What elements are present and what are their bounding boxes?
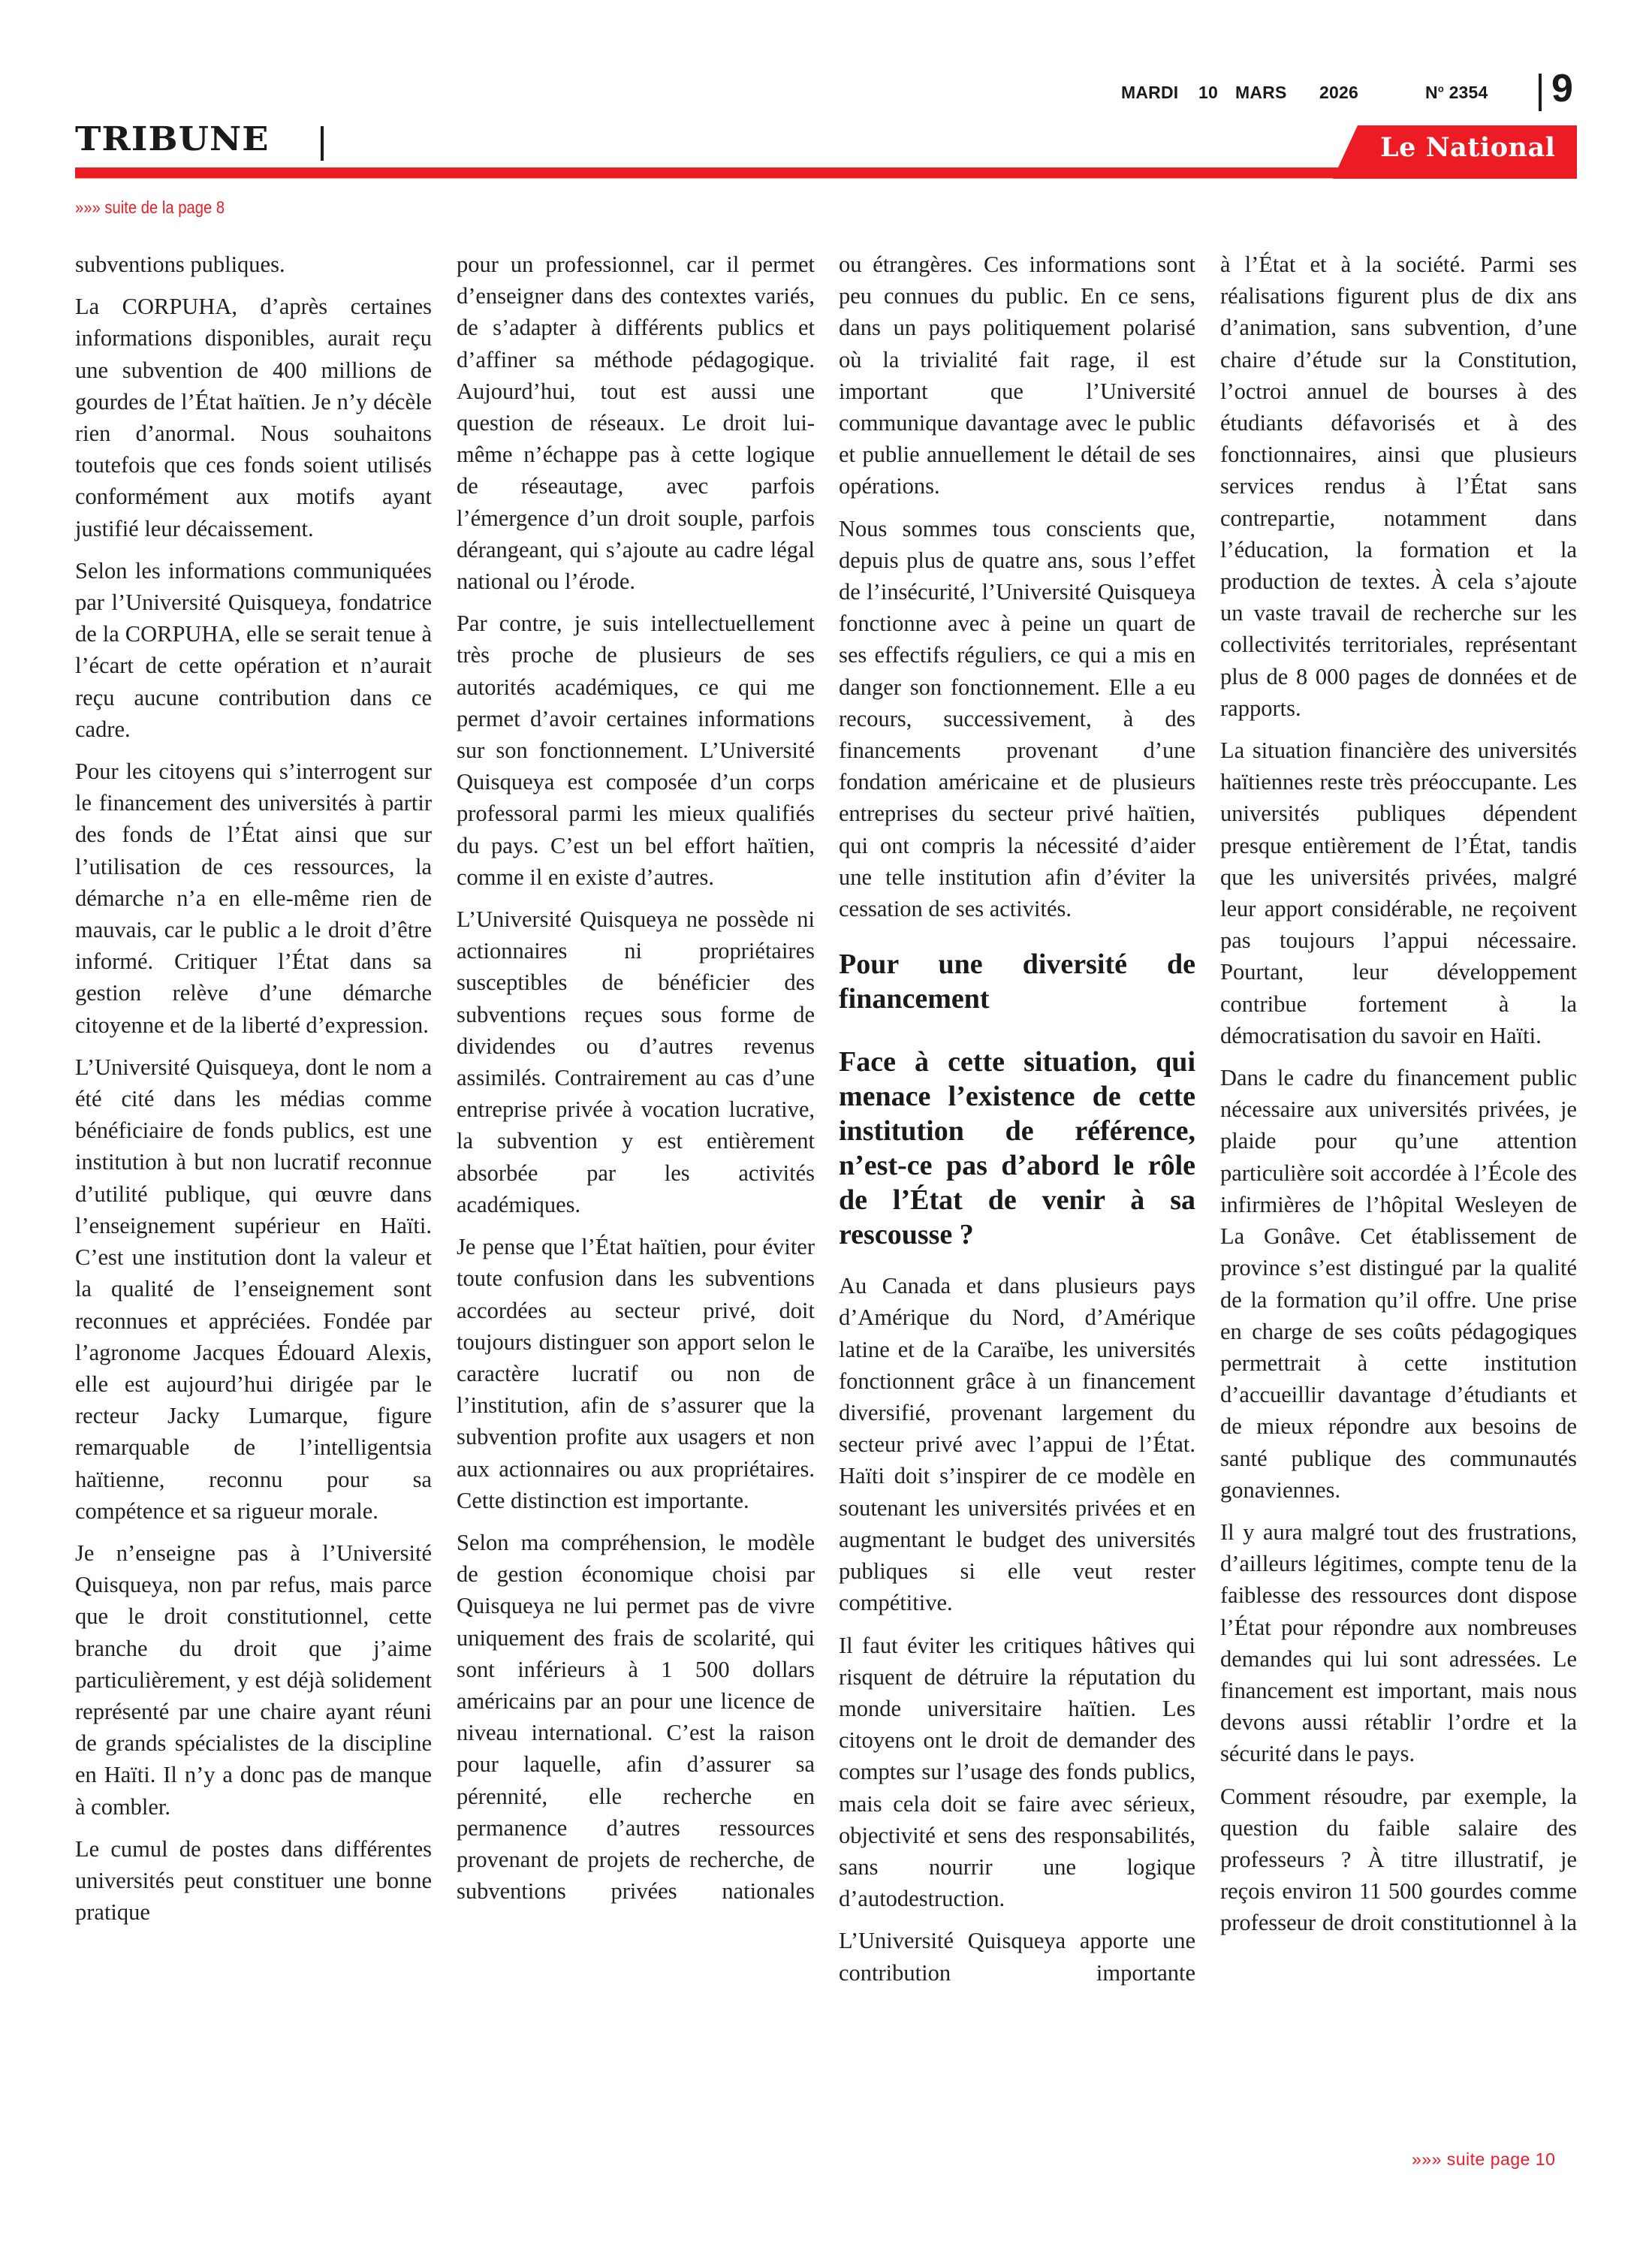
section-divider bbox=[321, 126, 324, 161]
paragraph: La CORPUHA, d’après certaines informatio… bbox=[75, 291, 432, 544]
paragraph: Il y aura malgré tout des frustrations, … bbox=[1220, 1516, 1577, 1770]
continued-from-link[interactable]: »»» suite de la page 8 bbox=[75, 198, 225, 218]
dateline-weekday: MARDI bbox=[1121, 83, 1178, 103]
paragraph: Je n’enseigne pas à l’Université Quisque… bbox=[75, 1537, 432, 1823]
paragraph: Il faut éviter les critiques hâtives qui… bbox=[839, 1630, 1195, 1915]
paragraph: Selon ma compréhension, le modèle de ges… bbox=[457, 1527, 815, 1907]
page-number-divider bbox=[1539, 74, 1542, 111]
paragraph: Au Canada et dans plusieurs pays d’Améri… bbox=[839, 1270, 1195, 1618]
paragraph: La situation financière des universités … bbox=[1220, 734, 1577, 1051]
paragraph: Par contre, je suis intellectuellement t… bbox=[457, 608, 815, 893]
dateline-year: 2026 bbox=[1319, 83, 1358, 103]
article-column-2: pour un professionnel, car il permet d’e… bbox=[457, 249, 815, 1907]
paragraph: Nous sommes tous conscients que, depuis … bbox=[839, 513, 1195, 925]
paragraph: L’Université Quisqueya, dont le nom a ét… bbox=[75, 1051, 432, 1527]
article-column-4: à l’État et à la société. Parmi ses réal… bbox=[1220, 249, 1577, 1939]
paragraph: Pour les citoyens qui s’interrogent sur … bbox=[75, 756, 432, 1041]
dateline-day: 10 bbox=[1198, 83, 1218, 103]
paragraph: L’Université Quisqueya ne possède ni act… bbox=[457, 903, 815, 1220]
pull-question: Face à cette situation, qui menace l’exi… bbox=[839, 1045, 1195, 1252]
paragraph: subventions publiques. bbox=[75, 249, 432, 280]
paragraph: Le cumul de postes dans différentes univ… bbox=[75, 1833, 432, 1929]
article-column-3: ou étrangères. Ces informations sont peu… bbox=[839, 249, 1195, 1989]
article-column-1: subventions publiques. La CORPUHA, d’apr… bbox=[75, 249, 432, 1928]
paragraph: pour un professionnel, car il permet d’e… bbox=[457, 249, 815, 597]
section-title: TRIBUNE bbox=[75, 120, 270, 158]
paragraph: à l’État et à la société. Parmi ses réal… bbox=[1220, 249, 1577, 724]
continued-to-link[interactable]: »»» suite page 10 bbox=[1412, 2149, 1555, 2170]
paragraph: Comment résoudre, par exemple, la questi… bbox=[1220, 1781, 1577, 1939]
paragraph: Je pense que l’État haïtien, pour éviter… bbox=[457, 1231, 815, 1516]
dateline-month: MARS bbox=[1235, 83, 1287, 103]
paragraph: Dans le cadre du financement public néce… bbox=[1220, 1062, 1577, 1506]
page-number: 9 bbox=[1551, 66, 1573, 111]
paragraph: L’Université Quisqueya apporte une contr… bbox=[839, 1925, 1195, 1988]
paragraph: ou étrangères. Ces informations sont peu… bbox=[839, 249, 1195, 502]
brand-logo: Le National bbox=[1380, 132, 1555, 163]
subheading: Pour une diversité de financement bbox=[839, 947, 1195, 1016]
issue-number: No 2354 bbox=[1425, 83, 1488, 103]
paragraph: Selon les informations communiquées par … bbox=[75, 555, 432, 745]
